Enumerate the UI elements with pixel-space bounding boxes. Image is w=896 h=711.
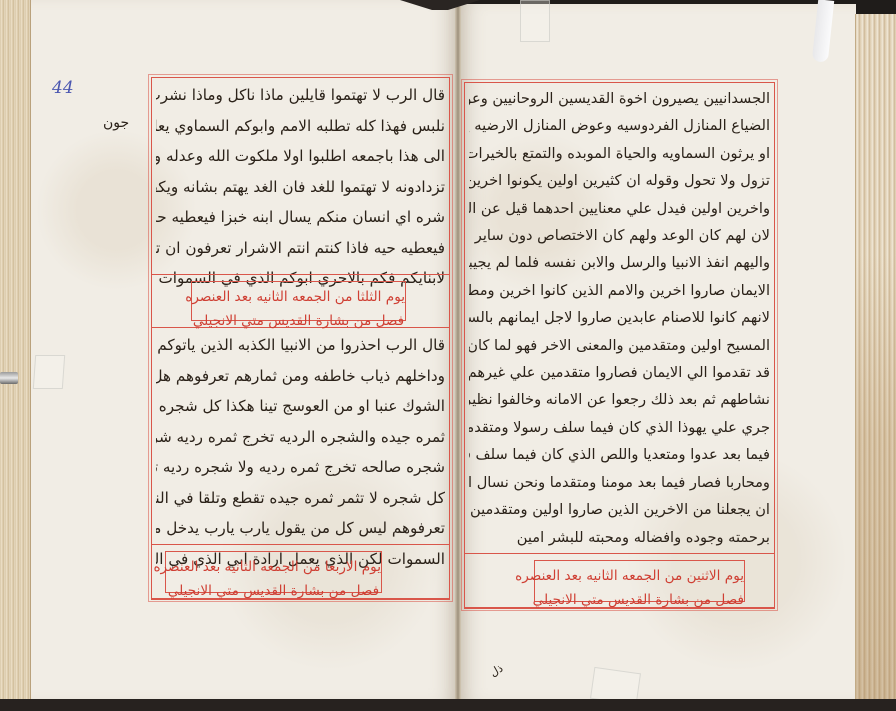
repair-tape	[33, 355, 65, 389]
text-line: تزدادونه لا تهتموا للغد فان الغد يهتم بش…	[156, 172, 445, 203]
rubric-line: يوم الاثنين من الجمعه الثانيه بعد العنصر…	[535, 564, 744, 588]
rubric-heading: يوم الاربعا من الجمعه الثانيه بعد العنصر…	[165, 551, 382, 593]
left-fore-edge	[0, 0, 31, 705]
rubric-line: يوم الثلثا من الجمعه الثانيه بعد العنصره	[192, 285, 405, 309]
rubric-box: يوم الاربعا من الجمعه الثانيه بعد العنصر…	[151, 544, 450, 600]
text-line: فيما بعد عدوا ومتعديا واللص الذي كان فيم…	[469, 441, 770, 468]
text-line: او يرثون السماويه والحياة الموبده والتمت…	[469, 140, 770, 167]
rubric-heading: يوم الاثنين من الجمعه الثانيه بعد العنصر…	[534, 560, 745, 602]
text-line: نلبس فهذا كله تطلبه الامم وابوكم السماوي…	[156, 111, 445, 142]
text-line: برحمته وجوده وافضاله ومحبته للبشر امين	[469, 524, 770, 551]
rubric-box: يوم الاثنين من الجمعه الثانيه بعد العنصر…	[464, 553, 775, 609]
rubric-line: فصل من بشارة القديس متي الانجيلي	[535, 588, 744, 612]
text-line: قال الرب احذروا من الانبيا الكذبه الذين …	[156, 330, 445, 361]
text-line: شره اي انسان منكم يسال ابنه خبزا فيعطيه …	[156, 202, 445, 233]
left-text-block-1: قال الرب لا تهتموا قايلين ماذا ناكل وماذ…	[156, 80, 445, 294]
text-line: جري علي يهوذا الذي كان فيما سلف رسولا وم…	[469, 414, 770, 441]
text-line: نشاطهم ثم بعد ذلك رجعوا عن الامانه وخالف…	[469, 386, 770, 413]
text-line: ومحاربا فصار فيما بعد مومنا ومتقدما ونحن…	[469, 469, 770, 496]
text-line: الضياع المنازل الفردوسيه وعوض المنازل ال…	[469, 112, 770, 139]
text-line: ثمره جيده والشجره الرديه تخرج ثمره رديه …	[156, 422, 445, 453]
text-line: تعرفوهم ليس كل من يقول يارب يارب يدخل مل…	[156, 513, 445, 544]
text-line: واليهم انفذ الانبيا والرسل والابن نفسه ف…	[469, 249, 770, 276]
text-line: شجره صالحه تخرج ثمره رديه ولا شجره رديه …	[156, 452, 445, 483]
text-line: قد تقدموا الي الايمان فصاروا متقدمين علي…	[469, 359, 770, 386]
text-line: لان لهم كان الوعد ولهم كان الاختصاص دون …	[469, 222, 770, 249]
repair-tape	[520, 0, 550, 42]
text-line: وداخلهم ذياب خاطفه ومن ثمارهم تعرفوهم هل…	[156, 361, 445, 392]
text-line: قال الرب لا تهتموا قايلين ماذا ناكل وماذ…	[156, 80, 445, 111]
right-text-block: الجسدانيين يصيرون اخوة القديسين الروحاني…	[469, 85, 770, 551]
text-line: كل شجره لا تثمر ثمره جيده تقطع وتلقا في …	[156, 483, 445, 514]
metal-clip	[0, 372, 18, 384]
book-gutter	[455, 0, 461, 700]
text-line: الشوك عنبا او من العوسج تينا هكذا كل شجر…	[156, 391, 445, 422]
rubric-line: فصل من بشارة القديس متي الانجيلي	[166, 579, 381, 603]
text-line: الجسدانيين يصيرون اخوة القديسين الروحاني…	[469, 85, 770, 112]
text-line: لانهم كانوا للاصنام عابدين صاروا لاجل اي…	[469, 304, 770, 331]
text-line: المسيح اولين ومتقدمين والمعنى الاخر فهو …	[469, 332, 770, 359]
rubric-box: يوم الثلثا من الجمعه الثانيه بعد العنصره…	[151, 274, 450, 328]
text-line: فيعطيه حيه فاذا كنتم انتم الاشرار تعرفون…	[156, 233, 445, 264]
table-surface	[0, 699, 896, 711]
right-text-frame: الجسدانيين يصيرون اخوة القديسين الروحاني…	[464, 82, 775, 608]
left-text-frame: قال الرب لا تهتموا قايلين ماذا ناكل وماذ…	[151, 77, 450, 599]
text-line: تزول ولا تحول وقوله ان كثيرين اولين يكون…	[469, 167, 770, 194]
margin-note: جون	[103, 115, 129, 131]
folio-number: 44	[52, 78, 74, 98]
open-manuscript: 44 جون قال الرب لا تهتموا قايلين ماذا نا…	[0, 0, 896, 711]
rubric-heading: يوم الثلثا من الجمعه الثانيه بعد العنصره…	[191, 281, 406, 321]
text-line: ان يجعلنا من الاخرين الذين صاروا اولين و…	[469, 496, 770, 523]
text-line: واخرين اولين فيدل علي معنايين احدهما قيل…	[469, 195, 770, 222]
rubric-line: يوم الاربعا من الجمعه الثانيه بعد العنصر…	[166, 555, 381, 579]
text-line: الايمان صاروا اخرين والامم الذين كانوا ا…	[469, 277, 770, 304]
left-text-block-2: قال الرب احذروا من الانبيا الكذبه الذين …	[156, 330, 445, 574]
text-line: الى هذا باجمعه اطلبوا اولا ملكوت الله وع…	[156, 141, 445, 172]
right-fore-edge	[855, 14, 896, 711]
